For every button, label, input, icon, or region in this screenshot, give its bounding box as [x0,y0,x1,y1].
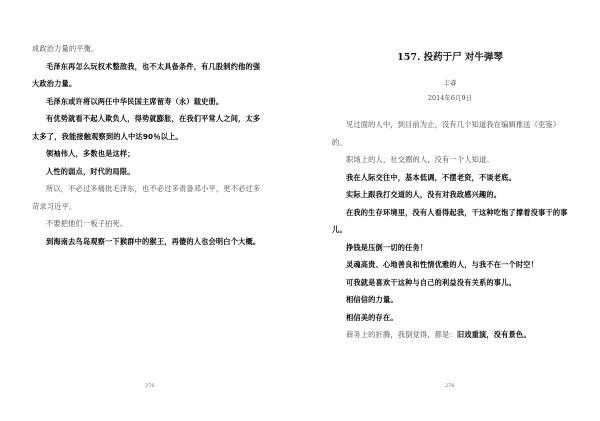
paragraph: 有优势就看不起人欺负人，得势就膨胀，在我们平常人之间，太多太多了，我能接触观察到… [32,110,266,145]
paragraph: 成政治力量的平衡。 [32,40,266,58]
paragraph: 灵魂高贵、心地善良和性情优雅的人，与我不在一个时空！ [332,256,568,274]
article-title-text: 投药于尸 对牛弹琴 [424,52,503,63]
article-paragraphs: 见过面的人中，到目前为止，没有几个知道我在编辑推送《吏鉴》的。职场上的人，社交圈… [332,116,568,326]
article-last-paragraph: 商务上的折腾，我倒觉得，都是：旧戏重演，没有景色。 [332,326,568,344]
paragraph: 职场上的人，社交圈的人，没有一个人知道。 [332,151,568,169]
left-page-body: 成政治力量的平衡。毛泽东再怎么玩权术整敌我，也不太具备条件，有几股制约他的强大政… [32,40,266,250]
paragraph: 相信信的力量。 [332,291,568,309]
right-page-body: 157. 投药于尸 对牛弹琴 丰睿 2014年6月9日 见过面的人中，到目前为止… [332,48,568,344]
paragraph: 我在人际交往中，基本低调，不摆老资，不谈老底。 [332,169,568,187]
article-title: 157. 投药于尸 对牛弹琴 [332,48,568,68]
paragraph: 见过面的人中，到目前为止，没有几个知道我在编辑推送《吏鉴》的。 [332,116,568,151]
paragraph: 实际上跟我打交道的人，没有对我政感兴趣的。 [332,186,568,204]
paragraph: 挣钱是压倒一切的任务！ [332,239,568,257]
paragraph: 在我的生存环境里，没有人看得起我，干这种吃饱了撑着没事干的事儿。 [332,204,568,239]
last-paragraph-bold: 旧戏重演，没有景色。 [457,330,531,339]
paragraph: 毛泽东再怎么玩权术整敌我，也不太具备条件，有几股制约他的强大政治力量。 [32,58,266,93]
paragraph: 相信美的存在。 [332,309,568,327]
paragraph: 所以，不必过多痛批毛泽东，也不必过多责备邓小平，更不必过多苛求习近平。 [32,180,266,215]
right-page: 157. 投药于尸 对牛弹琴 丰睿 2014年6月9日 见过面的人中，到目前为止… [300,0,600,421]
last-paragraph-normal: 商务上的折腾，我倒觉得，都是： [346,330,457,339]
right-page-number: 276 [445,383,455,389]
paragraph: 到海南去鸟岛观察一下猴群中的猴王，再傻的人也会明白个大概。 [32,233,266,251]
paragraph: 不要把他们一板子拍死。 [32,215,266,233]
paragraph: 可我就是喜欢干这种与自己的利益没有关系的事儿。 [332,274,568,292]
paragraph: 人性的弱点，时代的局限。 [32,163,266,181]
paragraph: 领袖伟人，多数也是这样； [32,145,266,163]
paragraph: 毛泽东或许将以两任中华民国主席留寿（永）载史册。 [32,93,266,111]
article-number: 157. [397,52,420,63]
article-date: 2014年6月9日 [332,91,568,106]
left-page-number: 276 [145,383,155,389]
left-page: 成政治力量的平衡。毛泽东再怎么玩权术整敌我，也不太具备条件，有几股制约他的强大政… [0,0,300,421]
article-author: 丰睿 [332,76,568,91]
